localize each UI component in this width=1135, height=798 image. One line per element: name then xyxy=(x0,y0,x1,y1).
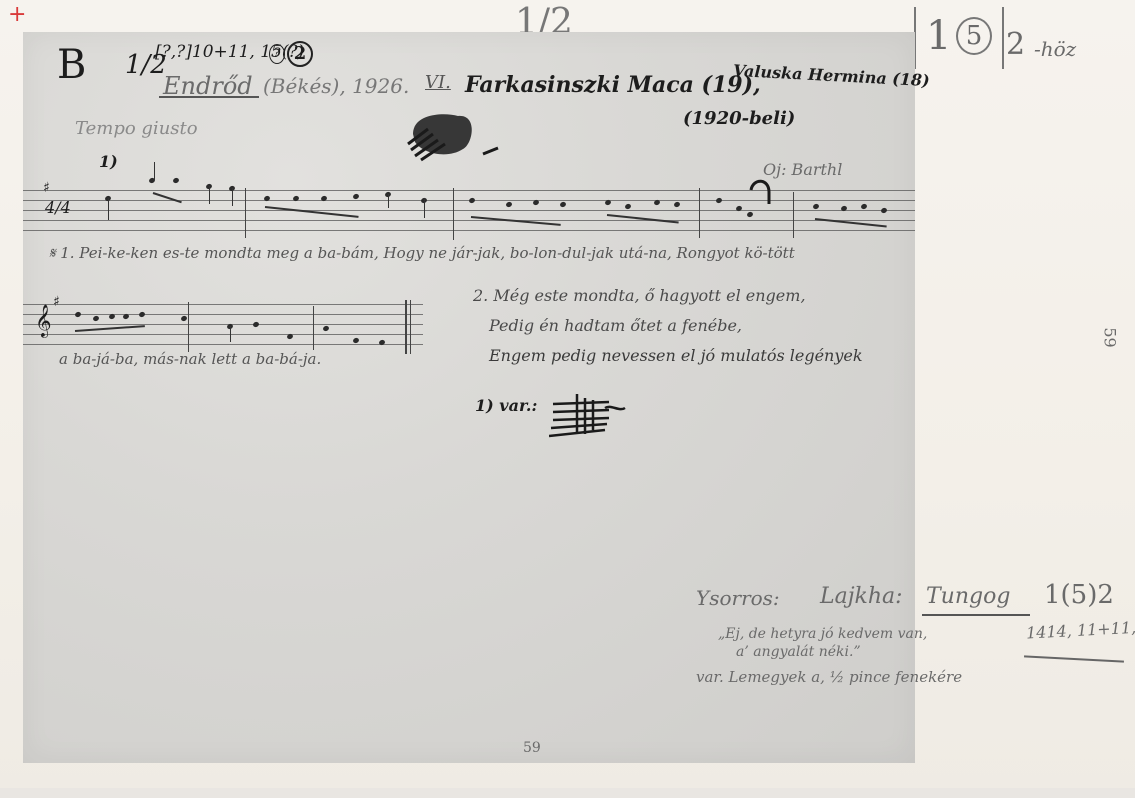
tempo-note: Tempo giusto xyxy=(75,118,198,139)
place-underline xyxy=(159,96,259,98)
footer-ref-underline xyxy=(1024,655,1124,662)
index-bracket-left: 1 xyxy=(926,13,951,59)
footer-note: Ysorros: Lajkha: Tungog 1(5)2 „Ej, de he… xyxy=(690,580,1135,700)
footer-quote-2: a’ angyalát néki.” xyxy=(736,644,861,660)
staff1-lyrics: 𝄋 1. Pei-ke-ken es-te mondta meg a ba-bá… xyxy=(49,244,795,262)
staff1-key-signature: ♯ xyxy=(43,180,50,196)
staff1-variant-marker: 1) xyxy=(99,152,118,171)
variant-notation-icon xyxy=(549,390,629,440)
catalog-circled-1-value: ? xyxy=(274,46,281,61)
final-barline xyxy=(405,300,407,354)
fermata-icon xyxy=(749,178,773,208)
variant-label: 1) var.: xyxy=(475,396,537,415)
staff1-time-signature: 4/4 xyxy=(45,198,71,217)
barline xyxy=(453,188,454,240)
index-suffix-text: -höz xyxy=(1034,37,1076,61)
barline xyxy=(188,302,189,352)
footer-underlined: Tungog xyxy=(926,584,1010,609)
staff2-key-signature: ♯ xyxy=(53,294,60,310)
index-circled-value: 5 xyxy=(966,21,983,51)
verse-line-3: Engem pedig nevessen el jó mulatós legén… xyxy=(489,346,863,365)
barline xyxy=(699,188,700,238)
singer-1: Farkasinszki Maca (19), xyxy=(465,72,761,98)
date-note: (1920-beli) xyxy=(683,108,795,129)
footer-middle: Lajkha: xyxy=(820,584,903,609)
verse-line-1: 2. Még este mondta, ő hagyott el engem, xyxy=(473,286,806,305)
singer-2: Valuska Hermina (18) xyxy=(733,61,930,90)
barline xyxy=(793,192,794,238)
final-barline xyxy=(410,300,411,354)
staff1-annotation: Oj: Barthl xyxy=(763,160,842,179)
catalog-circled-2: 2 xyxy=(287,41,313,67)
crop-mark-icon: + xyxy=(8,4,26,26)
top-right-index: 1 5 2 -höz xyxy=(912,5,1112,75)
scribble-mark-icon xyxy=(403,104,503,164)
month: VI. xyxy=(425,72,451,93)
bottom-edge xyxy=(0,788,1135,798)
footer-index: 1(5)2 xyxy=(1044,580,1114,610)
right-margin-page-number: 59 xyxy=(1101,327,1120,347)
footer-underline xyxy=(922,614,1030,616)
staff-1 xyxy=(23,190,915,236)
bottom-page-number: 59 xyxy=(523,740,541,756)
header-letter: B xyxy=(57,42,86,88)
index-suffix-number: 2 xyxy=(1006,27,1025,62)
barline xyxy=(313,306,314,350)
index-circled: 5 xyxy=(956,17,992,55)
catalog-circled-2-value: 2 xyxy=(294,43,307,64)
footer-prefix: Ysorros: xyxy=(696,586,780,610)
county-year: (Békés), 1926. xyxy=(263,74,409,98)
staff2-lyrics: a ba-já-ba, más-nak lett a ba-bá-ja. xyxy=(59,350,321,368)
verse-line-2: Pedig én hadtam őtet a fenébe, xyxy=(489,316,742,335)
catalog-circled-1: ? xyxy=(269,44,285,64)
footer-quote-1: „Ej, de hetyra jó kedvem van, xyxy=(718,626,927,642)
barline xyxy=(245,188,246,238)
footer-ref-numbers: 1414, 11+11, 15 xyxy=(1026,616,1135,642)
staff2-clef-icon: 𝄞 xyxy=(35,304,52,338)
footer-var-line: var. Lemegyek a, ½ pince fenekére xyxy=(696,668,962,686)
staff-2 xyxy=(23,304,423,350)
